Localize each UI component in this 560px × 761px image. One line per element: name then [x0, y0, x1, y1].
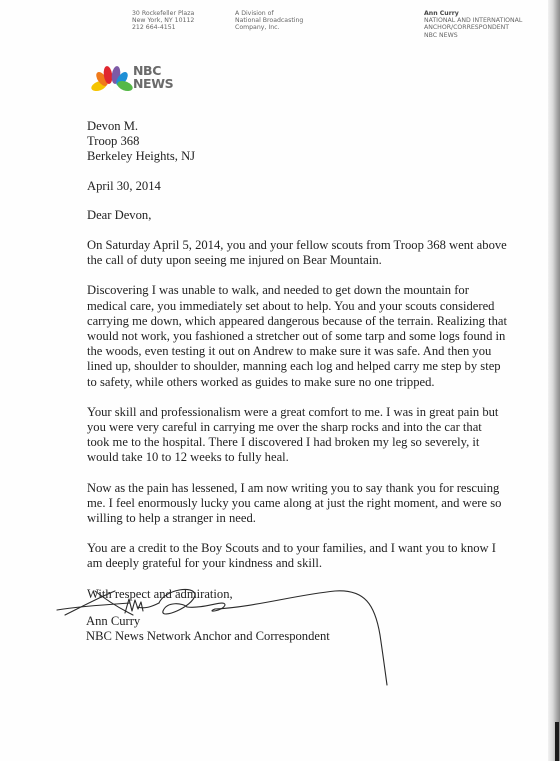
- letterhead-division: A Division of National Broadcasting Comp…: [235, 10, 303, 32]
- nbc-peacock-icon: [91, 65, 133, 95]
- page-edge-shadow: [548, 0, 560, 761]
- sender-title-line: ANCHOR/CORRESPONDENT: [424, 24, 556, 31]
- salutation: Dear Devon,: [87, 208, 507, 223]
- signer-block: Ann Curry NBC News Network Anchor and Co…: [86, 614, 330, 644]
- paragraph: Your skill and professionalism were a gr…: [87, 405, 507, 466]
- paragraph: Discovering I was unable to walk, and ne…: [87, 283, 507, 389]
- phone-line: 212 664-4151: [132, 24, 194, 31]
- recipient-block: Devon M. Troop 368 Berkeley Heights, NJ: [87, 119, 507, 165]
- letter-body: Devon M. Troop 368 Berkeley Heights, NJ …: [87, 119, 507, 602]
- sender-title-line: NATIONAL AND INTERNATIONAL: [424, 17, 556, 24]
- address-line: New York, NY 10112: [132, 17, 194, 24]
- letterhead-address: 30 Rockefeller Plaza New York, NY 10112 …: [132, 10, 194, 32]
- letter-page: 30 Rockefeller Plaza New York, NY 10112 …: [0, 0, 548, 761]
- recipient-location: Berkeley Heights, NJ: [87, 149, 507, 164]
- paragraph: You are a credit to the Boy Scouts and t…: [87, 541, 507, 571]
- signer-name: Ann Curry: [86, 614, 330, 629]
- division-line: A Division of: [235, 10, 303, 17]
- logo-wordmark: NBC NEWS: [133, 65, 173, 90]
- page-edge-dark-band: [555, 722, 559, 761]
- recipient-name: Devon M.: [87, 119, 507, 134]
- signer-title: NBC News Network Anchor and Corresponden…: [86, 629, 330, 644]
- letter-date: April 30, 2014: [87, 179, 507, 194]
- address-line: 30 Rockefeller Plaza: [132, 10, 194, 17]
- paragraph: Now as the pain has lessened, I am now w…: [87, 481, 507, 527]
- division-line: Company, Inc.: [235, 24, 303, 31]
- recipient-troop: Troop 368: [87, 134, 507, 149]
- division-line: National Broadcasting: [235, 17, 303, 24]
- nbc-news-logo: NBC NEWS: [91, 65, 211, 95]
- sender-name: Ann Curry: [424, 10, 556, 17]
- logo-news: NEWS: [133, 78, 173, 91]
- paragraph: On Saturday April 5, 2014, you and your …: [87, 238, 507, 268]
- sender-title-line: NBC NEWS: [424, 32, 556, 39]
- letterhead-sender: Ann Curry NATIONAL AND INTERNATIONAL ANC…: [424, 10, 556, 39]
